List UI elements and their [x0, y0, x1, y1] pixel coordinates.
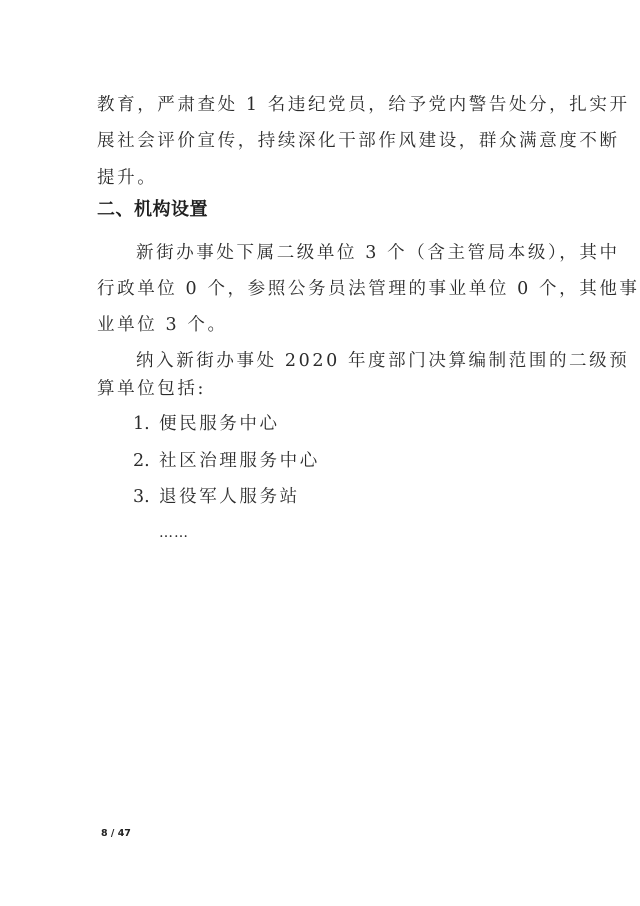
list-number: 3. — [133, 489, 159, 507]
list-ellipsis: …… — [159, 526, 189, 540]
paragraph-line: 行政单位 0 个，参照公务员法管理的事业单位 0 个，其他事 — [97, 281, 640, 299]
list-item-text: 社区治理服务中心 — [159, 451, 320, 471]
list-number: 2. — [133, 453, 159, 471]
list-item: 1.便民服务中心 — [133, 416, 280, 434]
page-number: 8 / 47 — [101, 829, 131, 839]
paragraph-line: 提升。 — [97, 170, 157, 188]
list-item-text: 便民服务中心 — [159, 414, 280, 434]
paragraph-line: 展社会评价宣传，持续深化干部作风建设，群众满意度不断 — [97, 133, 620, 151]
paragraph-line: 教育，严肃查处 1 名违纪党员，给予党内警告处分，扎实开 — [97, 97, 630, 115]
list-item: 2.社区治理服务中心 — [133, 453, 320, 471]
section-heading: 二、机构设置 — [97, 201, 208, 219]
list-item-text: 退役军人服务站 — [159, 487, 300, 507]
paragraph-line: 业单位 3 个。 — [97, 317, 228, 335]
list-item: 3.退役军人服务站 — [133, 489, 300, 507]
paragraph-line: 新街办事处下属二级单位 3 个（含主管局本级），其中 — [136, 245, 620, 263]
document-page: 教育，严肃查处 1 名违纪党员，给予党内警告处分，扎实开 展社会评价宣传，持续深… — [0, 0, 640, 906]
list-number: 1. — [133, 416, 159, 434]
paragraph-line: 算单位包括: — [97, 381, 206, 399]
paragraph-line: 纳入新街办事处 2020 年度部门决算编制范围的二级预 — [136, 353, 629, 371]
